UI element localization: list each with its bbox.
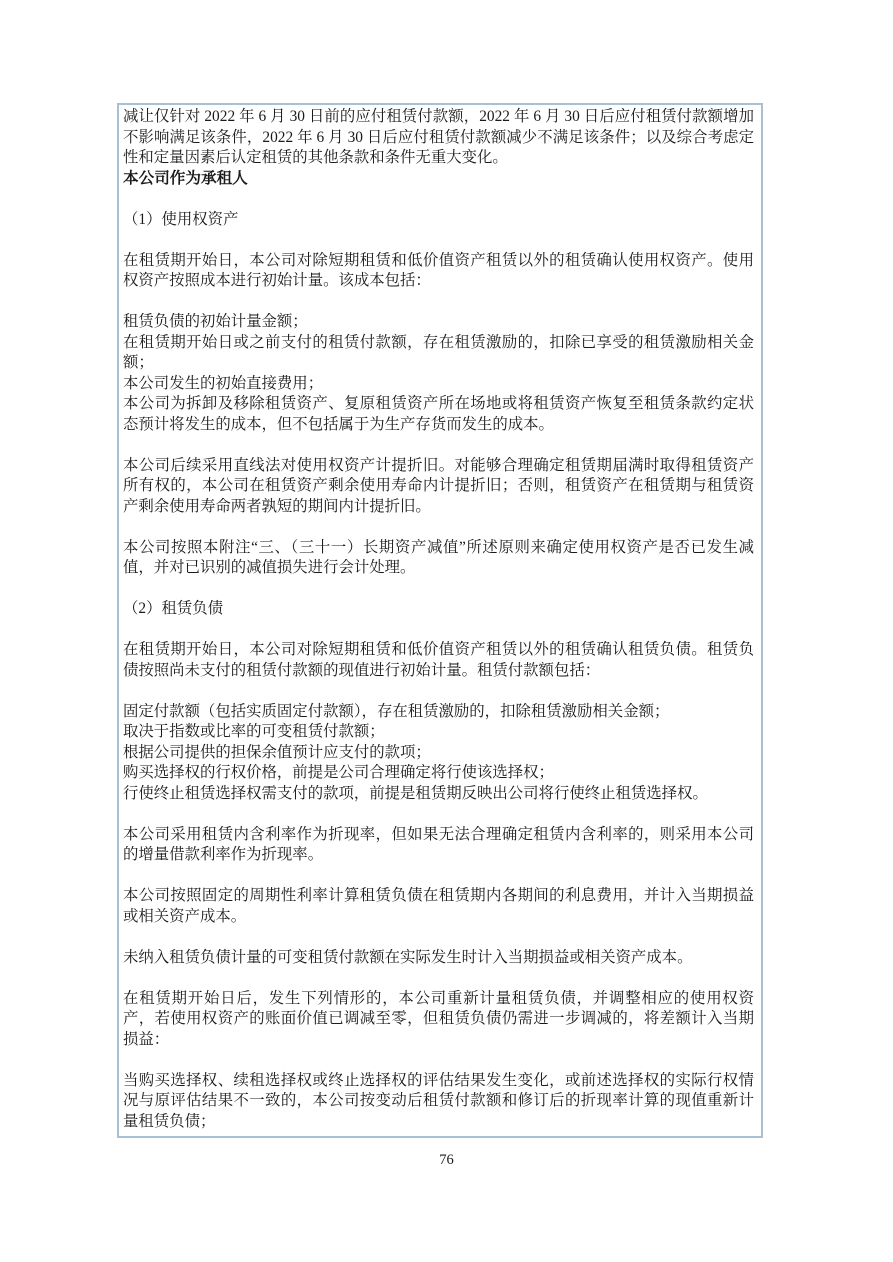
- text-block: 租赁负债的初始计量金额；在租赁期开始日或之前支付的租赁付款额，存在租赁激励的，扣…: [123, 312, 754, 435]
- paragraph: 未纳入租赁负债计量的可变租赁付款额在实际发生时计入当期损益或相关资产成本。: [123, 948, 754, 969]
- document-page: 减让仅针对 2022 年 6 月 30 日前的应付租赁付款额，2022 年 6 …: [0, 0, 893, 1262]
- paragraph: 当购买选择权、续租选择权或终止选择权的评估结果发生变化，或前述选择权的实际行权情…: [123, 1071, 754, 1133]
- paragraph: 取决于指数或比率的可变租赁付款额；: [123, 722, 754, 743]
- paragraph: （1）使用权资产: [123, 210, 754, 231]
- text-block: 固定付款额（包括实质固定付款额），存在租赁激励的，扣除租赁激励相关金额；取决于指…: [123, 702, 754, 805]
- heading-text: 本公司作为承租人: [123, 169, 754, 190]
- paragraph: 本公司按照固定的周期性利率计算租赁负债在租赁期内各期间的利息费用，并计入当期损益…: [123, 886, 754, 927]
- document-body: 减让仅针对 2022 年 6 月 30 日前的应付租赁付款额，2022 年 6 …: [117, 103, 763, 1138]
- paragraph: 在租赁期开始日后，发生下列情形的，本公司重新计量租赁负债，并调整相应的使用权资产…: [123, 989, 754, 1051]
- text-block: 在租赁期开始日，本公司对除短期租赁和低价值资产租赁以外的租赁确认租赁负债。租赁负…: [123, 640, 754, 681]
- paragraph: 在租赁期开始日或之前支付的租赁付款额，存在租赁激励的，扣除已享受的租赁激励相关金…: [123, 333, 754, 374]
- paragraph: 购买选择权的行权价格，前提是公司合理确定将行使该选择权；: [123, 763, 754, 784]
- page-number: 76: [0, 1152, 893, 1169]
- text-block: 未纳入租赁负债计量的可变租赁付款额在实际发生时计入当期损益或相关资产成本。: [123, 948, 754, 969]
- paragraph: 在租赁期开始日，本公司对除短期租赁和低价值资产租赁以外的租赁确认租赁负债。租赁负…: [123, 640, 754, 681]
- text-block: （2）租赁负债: [123, 599, 754, 620]
- paragraph: 固定付款额（包括实质固定付款额），存在租赁激励的，扣除租赁激励相关金额；: [123, 702, 754, 723]
- paragraph: 本公司按照本附注“三、（三十一）长期资产减值”所述原则来确定使用权资产是否已发生…: [123, 538, 754, 579]
- text-block: （1）使用权资产: [123, 210, 754, 231]
- text-block: 本公司后续采用直线法对使用权资产计提折旧。对能够合理确定租赁期届满时取得租赁资产…: [123, 456, 754, 518]
- paragraph: 本公司为拆卸及移除租赁资产、复原租赁资产所在场地或将租赁资产恢复至租赁条款约定状…: [123, 394, 754, 435]
- text-block: 在租赁期开始日后，发生下列情形的，本公司重新计量租赁负债，并调整相应的使用权资产…: [123, 989, 754, 1051]
- text-block: 减让仅针对 2022 年 6 月 30 日前的应付租赁付款额，2022 年 6 …: [123, 107, 754, 169]
- paragraph: 减让仅针对 2022 年 6 月 30 日前的应付租赁付款额，2022 年 6 …: [123, 107, 754, 169]
- text-block: 本公司采用租赁内含利率作为折现率，但如果无法合理确定租赁内含利率的，则采用本公司…: [123, 825, 754, 866]
- paragraph: （2）租赁负债: [123, 599, 754, 620]
- paragraph: 本公司后续采用直线法对使用权资产计提折旧。对能够合理确定租赁期届满时取得租赁资产…: [123, 456, 754, 518]
- section-heading: 本公司作为承租人: [123, 169, 754, 190]
- paragraph: 租赁负债的初始计量金额；: [123, 312, 754, 333]
- paragraph: 本公司发生的初始直接费用；: [123, 374, 754, 395]
- text-block: 在租赁期开始日，本公司对除短期租赁和低价值资产租赁以外的租赁确认使用权资产。使用…: [123, 251, 754, 292]
- paragraph: 本公司采用租赁内含利率作为折现率，但如果无法合理确定租赁内含利率的，则采用本公司…: [123, 825, 754, 866]
- text-block: 当购买选择权、续租选择权或终止选择权的评估结果发生变化，或前述选择权的实际行权情…: [123, 1071, 754, 1133]
- paragraph: 在租赁期开始日，本公司对除短期租赁和低价值资产租赁以外的租赁确认使用权资产。使用…: [123, 251, 754, 292]
- text-block: 本公司按照固定的周期性利率计算租赁负债在租赁期内各期间的利息费用，并计入当期损益…: [123, 886, 754, 927]
- paragraph: 根据公司提供的担保余值预计应支付的款项；: [123, 743, 754, 764]
- paragraph: 行使终止租赁选择权需支付的款项，前提是租赁期反映出公司将行使终止租赁选择权。: [123, 784, 754, 805]
- text-block: 本公司按照本附注“三、（三十一）长期资产减值”所述原则来确定使用权资产是否已发生…: [123, 538, 754, 579]
